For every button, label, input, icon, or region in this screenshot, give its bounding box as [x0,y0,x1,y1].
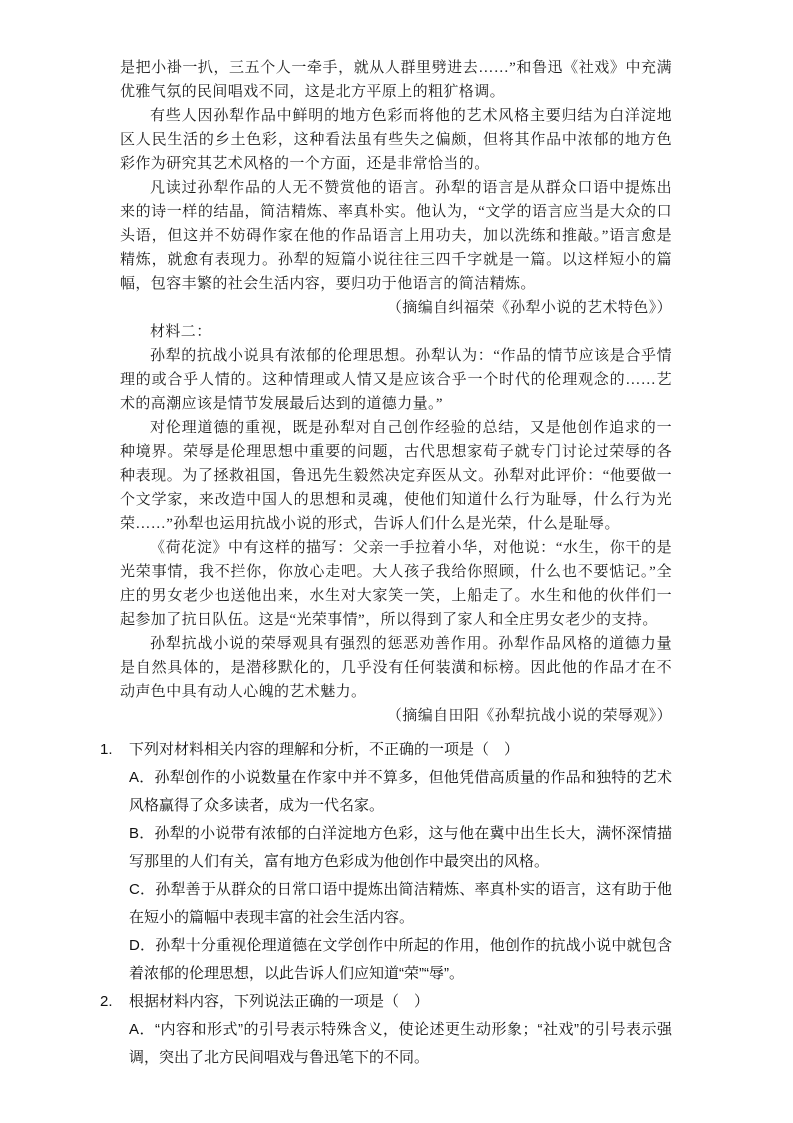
exam-page: 是把小褂一扒，三五个人一牵手，就从人群里劈进去……”和鲁迅《社戏》中充满优雅气氛… [0,0,793,1123]
passage-paragraph: 孙犁抗战小说的荣辱观具有强烈的惩恶劝善作用。孙犁作品风格的道德力量是自然具体的，… [120,632,672,704]
passage-paragraph: 有些人因孙犁作品中鲜明的地方色彩而将他的艺术风格主要归结为白洋淀地区人民生活的乡… [120,104,672,176]
passage-paragraph: 凡读过孙犁作品的人无不赞赏他的语言。孙犁的语言是从群众口语中提炼出来的诗一样的结… [120,176,672,296]
question-stem: 根据材料内容，下列说法正确的一项是（ ） [129,988,672,1016]
question-1-option-d: D．孙犁十分重视伦理道德在文学创作中所起的作用，他创作的抗战小说中就包含着浓郁的… [129,932,672,988]
question-2: 2. 根据材料内容，下列说法正确的一项是（ ） A．“内容和形式”的引号表示特殊… [100,988,672,1072]
passage-paragraph: 对伦理道德的重视，既是孙犁对自己创作经验的总结，又是他创作追求的一种境界。荣辱是… [120,416,672,536]
question-number: 2. [100,988,129,1016]
question-2-head: 2. 根据材料内容，下列说法正确的一项是（ ） [100,988,672,1016]
passage-paragraph: 是把小褂一扒，三五个人一牵手，就从人群里劈进去……”和鲁迅《社戏》中充满优雅气氛… [120,56,672,104]
question-1-option-a: A．孙犁创作的小说数量在作家中并不算多，但他凭借高质量的作品和独特的艺术风格赢得… [129,764,672,820]
material-2-attribution: （摘编自田阳《孙犁抗战小说的荣辱观》） [120,704,672,728]
material-1-attribution: （摘编自纠福荣《孙犁小说的艺术特色》） [120,296,672,320]
passage-paragraph: 《荷花淀》中有这样的描写：父亲一手拉着小华，对他说：“水生，你干的是光荣事情，我… [120,536,672,632]
question-stem: 下列对材料相关内容的理解和分析，不正确的一项是（ ） [129,736,672,764]
question-1-option-b: B．孙犁的小说带有浓郁的白洋淀地方色彩，这与他在冀中出生长大，满怀深情描写那里的… [129,820,672,876]
question-number: 1. [100,736,129,764]
material-2-label: 材料二： [120,320,672,344]
question-1-head: 1. 下列对材料相关内容的理解和分析，不正确的一项是（ ） [100,736,672,764]
questions-section: 1. 下列对材料相关内容的理解和分析，不正确的一项是（ ） A．孙犁创作的小说数… [100,736,672,1072]
question-1: 1. 下列对材料相关内容的理解和分析，不正确的一项是（ ） A．孙犁创作的小说数… [100,736,672,988]
passage-paragraph: 孙犁的抗战小说具有浓郁的伦理思想。孙犁认为：“作品的情节应该是合乎情理的或合乎人… [120,344,672,416]
question-2-option-a: A．“内容和形式”的引号表示特殊含义，使论述更生动形象；“社戏”的引号表示强调，… [129,1016,672,1072]
question-1-option-c: C．孙犁善于从群众的日常口语中提炼出简洁精炼、率真朴实的语言，这有助于他在短小的… [129,876,672,932]
material-2-passage: 材料二： 孙犁的抗战小说具有浓郁的伦理思想。孙犁认为：“作品的情节应该是合乎情理… [120,320,672,728]
material-1-passage: 是把小褂一扒，三五个人一牵手，就从人群里劈进去……”和鲁迅《社戏》中充满优雅气氛… [120,56,672,320]
